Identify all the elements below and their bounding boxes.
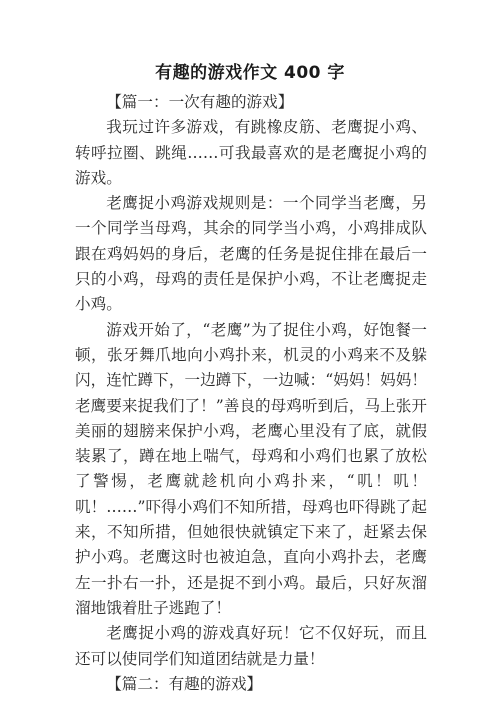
document-body: 【篇一：一次有趣的游戏】 我玩过许多游戏，有跳橡皮筋、老鹰捉小鸡、转呼拉圈、跳绳… xyxy=(75,90,427,697)
section-heading-1: 【篇一：一次有趣的游戏】 xyxy=(75,90,427,115)
paragraph-rules: 老鹰捉小鸡游戏规则是：一个同学当老鹰，另一个同学当母鸡，其余的同学当小鸡，小鸡排… xyxy=(75,191,427,317)
document-title: 有趣的游戏作文 400 字 xyxy=(0,61,500,85)
document-page: 有趣的游戏作文 400 字 【篇一：一次有趣的游戏】 我玩过许多游戏，有跳橡皮筋… xyxy=(0,0,500,707)
section-heading-2: 【篇二：有趣的游戏】 xyxy=(75,672,427,697)
paragraph-intro: 我玩过许多游戏，有跳橡皮筋、老鹰捉小鸡、转呼拉圈、跳绳……可我最喜欢的是老鹰捉小… xyxy=(75,115,427,191)
paragraph-conclusion: 老鹰捉小鸡的游戏真好玩！它不仅好玩，而且还可以使同学们知道团结就是力量！ xyxy=(75,621,427,672)
paragraph-game-story: 游戏开始了，“老鹰”为了捉住小鸡，好饱餐一顿，张牙舞爪地向小鸡扑来，机灵的小鸡来… xyxy=(75,318,427,622)
